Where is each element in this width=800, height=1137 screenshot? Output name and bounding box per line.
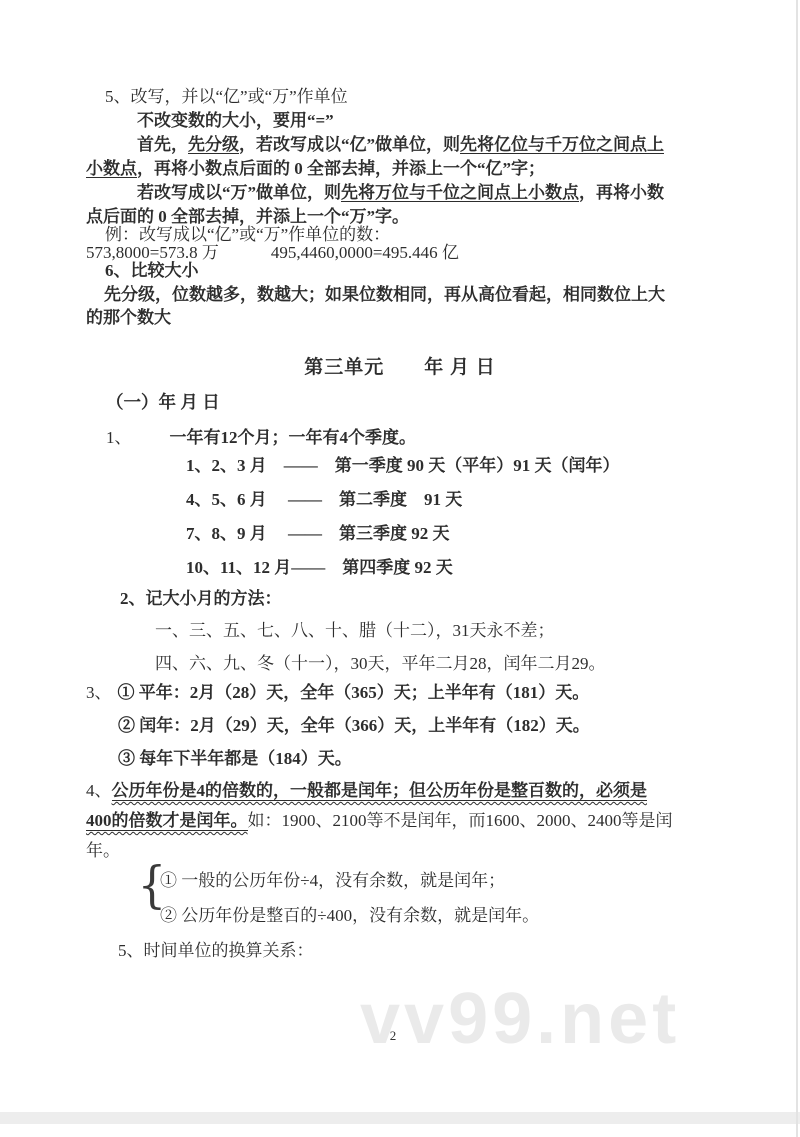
section5-p1-seg2-underlined: 先分级 <box>188 135 239 154</box>
brace-line2: ② 公历年份是整百的÷400，没有余数，就是闰年。 <box>160 905 539 927</box>
brace-line1: ① 一般的公历年份÷4，没有余数，就是闰年； <box>160 870 505 892</box>
document-page: 5、改写，并以“亿”或“万”作单位 不改变数的大小，要用“=” 首先，先分级，若… <box>0 0 800 1137</box>
section5-para1-line1: 首先，先分级，若改写成以“亿”做单位，则先将亿位与千万位之间点上 <box>137 134 664 156</box>
watermark-text: vv99.net <box>360 978 680 1060</box>
section6-body-line2: 的那个数大 <box>86 307 171 329</box>
section5-p1-seg1: 首先， <box>137 135 188 154</box>
example-value-yi: 495,4460,0000=495.446 亿 <box>271 243 459 262</box>
quarter-row-4: 10、11、12 月—— 第四季度 92 天 <box>186 557 453 579</box>
section6-heading: 6、比较大小 <box>105 260 199 282</box>
section5-p1b-seg2: ，再将小数点后面的 0 全部去掉，并添上一个“亿”字； <box>137 159 545 178</box>
item1-number: 1、 <box>106 428 132 447</box>
item1-text: 一年有12个月；一年有4个季度。 <box>170 428 417 447</box>
item4-emphasis-part1-text: 公历年份是4的倍数的，一般都是闰年；但公历年份是整百数的，必须是 <box>112 781 648 801</box>
unit3-subtitle: （一）年 月 日 <box>106 391 220 413</box>
quarter-row-3: 7、8、9 月 —— 第三季度 92 天 <box>186 523 450 545</box>
item3-line1-text: ① 平年：2月（28）天，全年（365）天；上半年有（181）天。 <box>118 683 590 702</box>
item4-emphasis-part1: 公历年份是4的倍数的，一般都是闰年；但公历年份是整百数的，必须是 <box>112 781 648 801</box>
section5-p1-seg4-underlined: 先将亿位与千万位之间点上 <box>460 135 664 154</box>
section5-para2-line1: 若改写成以“万”做单位，则先将万位与千位之间点上小数点，再将小数 <box>137 182 664 204</box>
quarter-row-1: 1、2、3 月 —— 第一季度 90 天（平年）91 天（闰年） <box>186 455 620 477</box>
item4-line1: 4、公历年份是4的倍数的，一般都是闰年；但公历年份是整百数的，必须是 <box>86 780 647 802</box>
item2-line2: 四、六、九、冬（十一），30天，平年二月28，闰年二月29。 <box>155 653 606 675</box>
quarter-row-2: 4、5、6 月 —— 第二季度 91 天 <box>186 489 462 511</box>
item4-number: 4、 <box>86 781 112 800</box>
page-separator-band <box>0 1112 800 1124</box>
item3-line1: 3、① 平年：2月（28）天，全年（365）天；上半年有（181）天。 <box>86 682 589 704</box>
unit3-title: 第三单元 年 月 日 <box>80 352 720 379</box>
item3-line2: ② 闰年：2月（29）天，全年（366）天，上半年有（182）天。 <box>118 715 590 737</box>
unit3-item1: 1、一年有12个月；一年有4个季度。 <box>106 427 416 449</box>
section5-p2-seg2-underlined: 先将万位与千位之间点上小数点 <box>341 183 579 202</box>
item5-heading: 5、时间单位的换算关系： <box>118 940 314 962</box>
section5-heading: 5、改写，并以“亿”或“万”作单位 <box>105 86 348 108</box>
item3-number: 3、 <box>86 683 112 702</box>
item4-line3: 年。 <box>86 840 120 862</box>
section5-p2-seg3: ，再将小数 <box>579 183 664 202</box>
item3-line3: ③ 每年下半年都是（184）天。 <box>118 748 352 770</box>
item4-emphasis-part2: 400的倍数才是闰年。 <box>86 811 248 831</box>
item4-rest1: 如：1900、2100等不是闰年，而1600、2000、2400等是闰 <box>248 811 673 830</box>
item2-line1: 一、三、五、七、八、十、腊（十二），31天永不差； <box>155 620 555 642</box>
section6-body-line1: 先分级，位数越多，数越大；如果位数相同，再从高位看起，相同数位上大 <box>104 284 665 306</box>
item2-heading: 2、记大小月的方法： <box>120 588 282 610</box>
section5-p1b-seg1-underlined: 小数点 <box>86 159 137 178</box>
section5-rule: 不改变数的大小，要用“=” <box>137 110 334 132</box>
page-number: 2 <box>80 1028 706 1044</box>
section5-p1-seg3: ，若改写成以“亿”做单位，则 <box>239 135 460 154</box>
item4-line2: 400的倍数才是闰年。如：1900、2100等不是闰年，而1600、2000、2… <box>86 810 673 832</box>
section5-para1-line2: 小数点，再将小数点后面的 0 全部去掉，并添上一个“亿”字； <box>86 158 545 180</box>
item4-emphasis-part2-text: 400的倍数才是闰年。 <box>86 811 248 831</box>
scan-edge-line <box>796 0 798 1137</box>
section5-p2-seg1: 若改写成以“万”做单位，则 <box>137 183 341 202</box>
